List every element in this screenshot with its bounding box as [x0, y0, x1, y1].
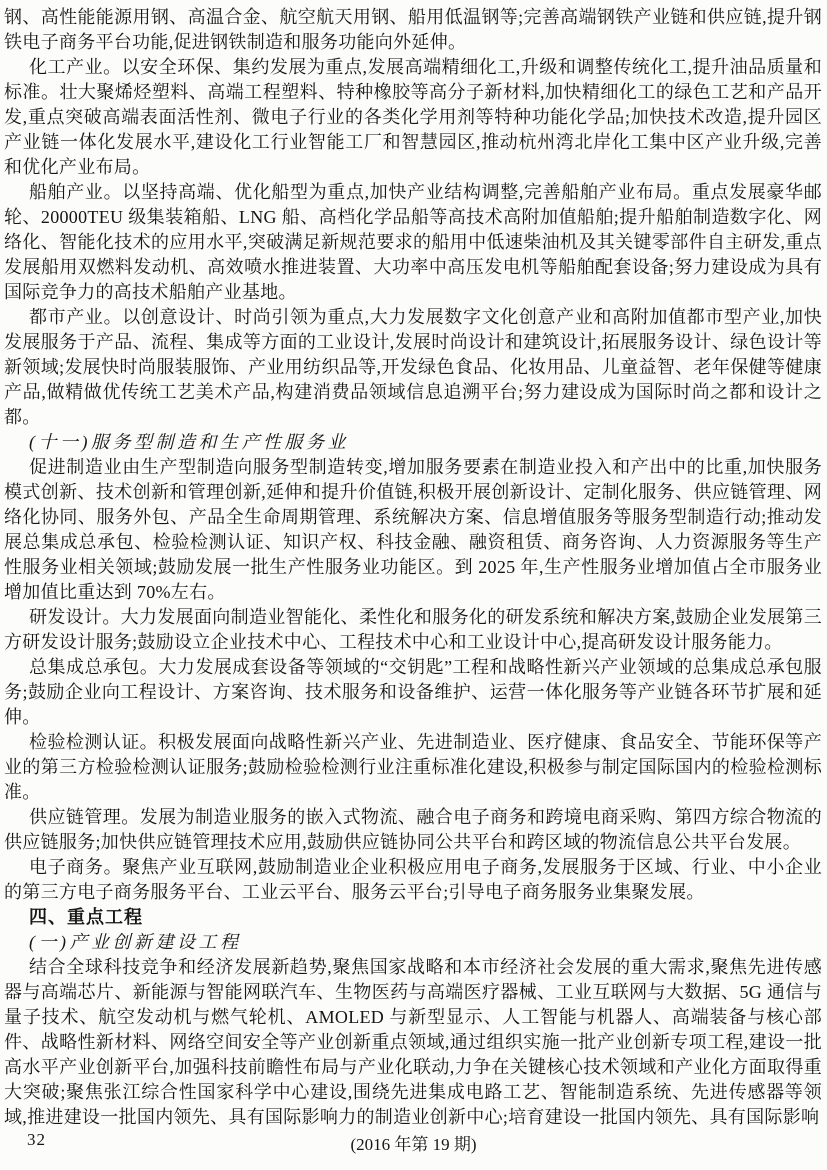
- chapter-heading-key-projects: 四、重点工程: [4, 905, 822, 930]
- paragraph-urban-industry: 都市产业。以创意设计、时尚引领为重点,大力发展数字文化创意产业和高附加值都市型产…: [4, 305, 822, 430]
- paragraph-service-manufacturing-overview: 促进制造业由生产型制造向服务型制造转变,增加服务要素在制造业投入和产出中的比重,…: [4, 455, 822, 605]
- paragraph-integration-contracting: 总集成总承包。大力发展成套设备等领域的“交钥匙”工程和战略性新兴产业领域的总集成…: [4, 655, 822, 730]
- paragraph-rd-design: 研发设计。大力发展面向制造业智能化、柔性化和服务化的研发系统和解决方案,鼓励企业…: [4, 605, 822, 655]
- paragraph-ecommerce: 电子商务。聚焦产业互联网,鼓励制造业企业积极应用电子商务,发展服务于区域、行业、…: [4, 855, 822, 905]
- document-body: 钢、高性能能源用钢、高温合金、航空航天用钢、船用低温钢等;完善高端钢铁产业链和供…: [4, 5, 822, 1130]
- paragraph-innovation-project: 结合全球科技竞争和经济发展新趋势,聚焦国家战略和本市经济社会发展的重大需求,聚焦…: [4, 955, 822, 1130]
- section-heading-industry-innovation: (一)产业创新建设工程: [4, 930, 822, 955]
- paragraph-steel-continuation: 钢、高性能能源用钢、高温合金、航空航天用钢、船用低温钢等;完善高端钢铁产业链和供…: [4, 5, 822, 55]
- paragraph-shipbuilding-industry: 船舶产业。以坚持高端、优化船型为重点,加快产业结构调整,完善船舶产业布局。重点发…: [4, 180, 822, 305]
- paragraph-chemical-industry: 化工产业。以安全环保、集约发展为重点,发展高端精细化工,升级和调整传统化工,提升…: [4, 55, 822, 180]
- footer-issue-label: (2016 年第 19 期): [0, 1130, 827, 1155]
- section-heading-service-manufacturing: (十一)服务型制造和生产性服务业: [4, 430, 822, 455]
- paragraph-inspection-certification: 检验检测认证。积极发展面向战略性新兴产业、先进制造业、医疗健康、食品安全、节能环…: [4, 730, 822, 805]
- paragraph-supply-chain-management: 供应链管理。发展为制造业服务的嵌入式物流、融合电子商务和跨境电商采购、第四方综合…: [4, 805, 822, 855]
- scanned-document-page: 钢、高性能能源用钢、高温合金、航空航天用钢、船用低温钢等;完善高端钢铁产业链和供…: [0, 0, 827, 1170]
